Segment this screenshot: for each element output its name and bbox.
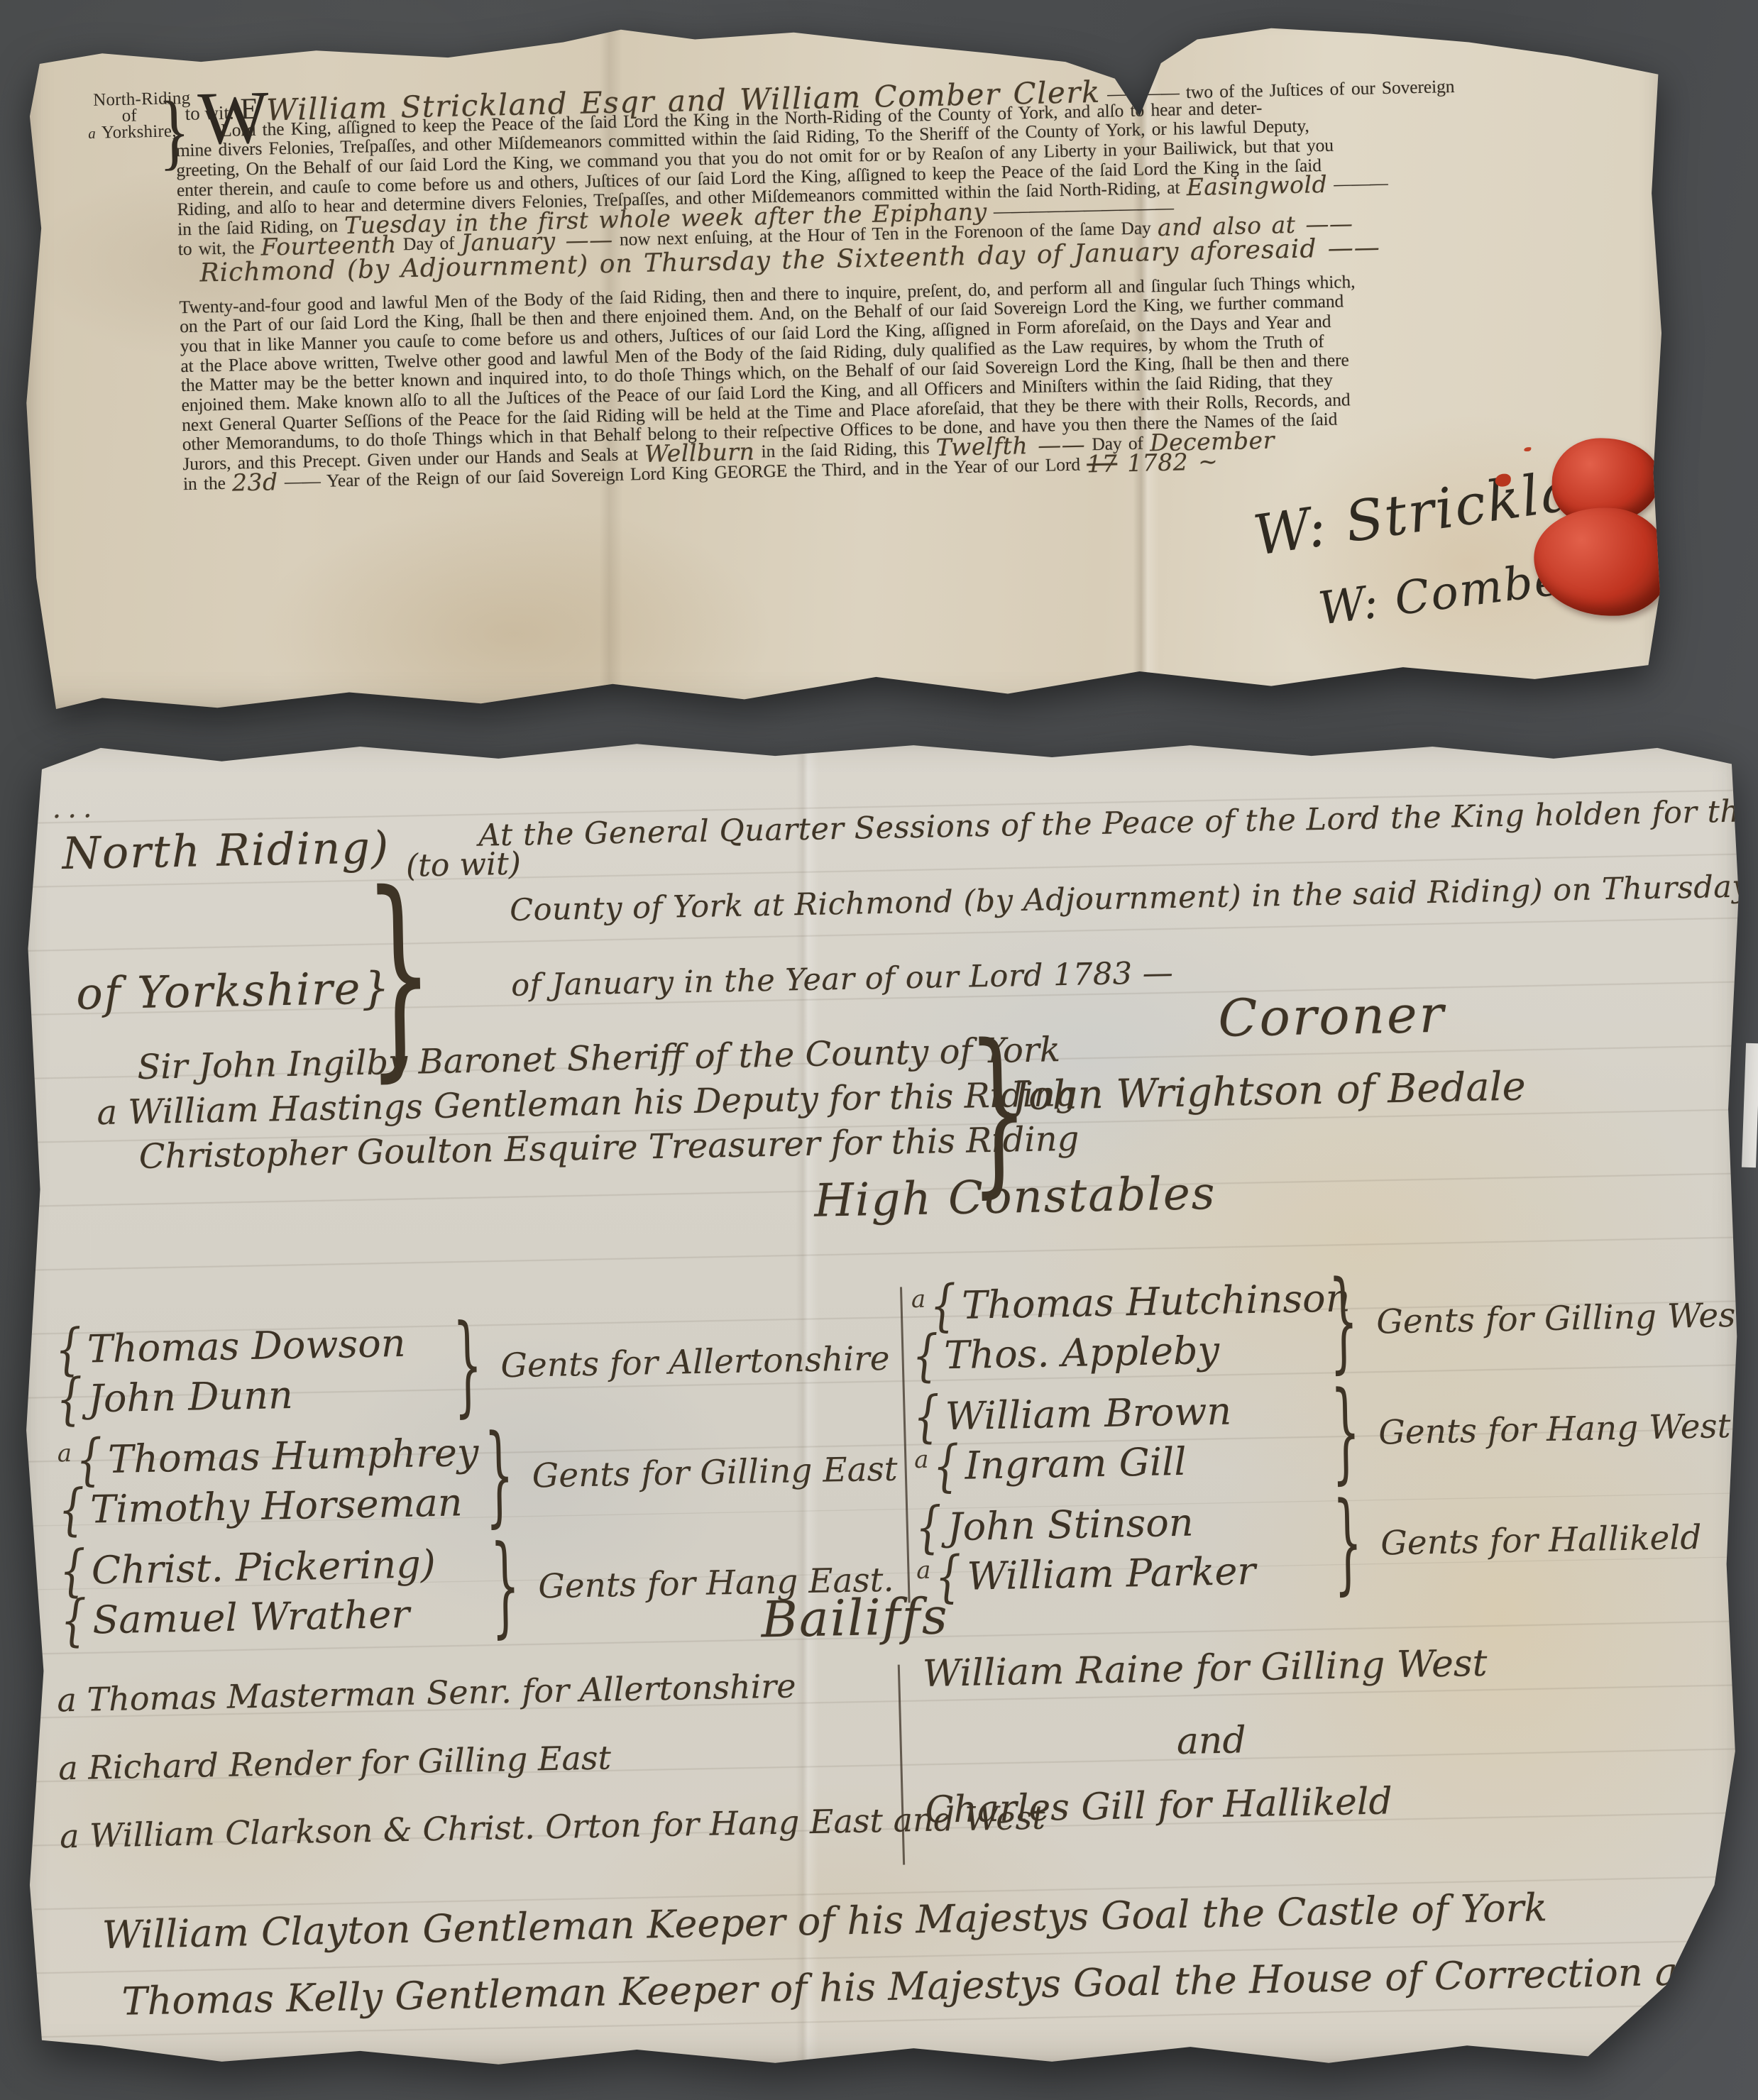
constable-name-row: {Timothy Horseman: [58, 1477, 480, 1534]
open-brace-icon: {: [933, 1433, 960, 1498]
constable-names: {Christ. Pickering){Samuel Wrather: [59, 1538, 486, 1645]
constable-group: {John Stinsona{William Parker}Gents for …: [915, 1486, 1758, 1602]
division-label: Gents for Hallikeld: [1380, 1517, 1702, 1563]
constable-name-row: {Thomas Dowson: [55, 1317, 447, 1375]
person-name: William Parker: [967, 1548, 1256, 1598]
division-label: Gents for Gilling West: [1376, 1295, 1749, 1341]
annotation-a: a: [911, 1285, 925, 1314]
person-name: William Brown: [945, 1388, 1231, 1439]
column-rule: [900, 1287, 911, 1603]
person-name: John Dunn: [88, 1372, 294, 1421]
sessions-parchment: ... North Riding) of Yorkshire} } (to wi…: [14, 735, 1744, 2072]
open-brace-icon: {: [57, 1477, 85, 1542]
bailiffs-right-column: William Raine for Gilling WestandCharles…: [922, 1642, 1490, 1846]
sessions-content: ... North Riding) of Yorkshire} } (to wi…: [11, 703, 1758, 2074]
wax-seal: [1530, 437, 1678, 620]
constable-name-row: {William Brown: [913, 1384, 1325, 1441]
person-name: Thos. Appleby: [944, 1327, 1220, 1377]
constable-names: a{Thomas Humphrey{Timothy Horseman: [57, 1427, 480, 1534]
precept-content: North-Riding of aYorkshire, } to wit. W …: [17, 0, 1679, 720]
county-label-line: of Yorkshire}: [76, 962, 392, 1019]
bailiffs-left-column: a Thomas Masterman Senr. for Allertonshi…: [57, 1662, 1046, 1886]
closing-brace-icon: }: [1328, 1259, 1359, 1385]
annotation-a: a: [914, 1446, 929, 1474]
person-name: Thomas Dowson: [87, 1320, 406, 1371]
bailiff-line: William Raine for Gilling West: [922, 1642, 1488, 1710]
precept-text-block: EWilliam Strickland Esqr and William Com…: [175, 70, 1665, 494]
sessions-document: ... North Riding) of Yorkshire} } (to wi…: [14, 735, 1744, 2072]
annotation-a: a: [916, 1556, 931, 1585]
handwritten-text: Easingwold: [1186, 170, 1327, 201]
printed-text: Day of: [396, 232, 461, 254]
photograph-of-documents: North-Riding of aYorkshire, } to wit. W …: [0, 0, 1758, 2100]
constable-group: a{Thomas Humphrey{Timothy Horseman}Gents…: [57, 1419, 892, 1535]
person-name: John Stinson: [947, 1500, 1194, 1549]
printed-text: ———: [1327, 172, 1388, 194]
bailiff-line: Charles Gill for Hallikeld: [925, 1779, 1490, 1846]
person-name: Thomas Humphrey: [108, 1429, 479, 1481]
closing-brace-icon: }: [1332, 1480, 1363, 1607]
constable-name-row: {John Dunn: [56, 1367, 449, 1424]
constable-names: {William Browna{Ingram Gill: [913, 1384, 1326, 1491]
constable-name-row: {John Stinson: [915, 1495, 1327, 1552]
handwritten-text: 1782 ~: [1117, 447, 1219, 477]
corner-marks: ...: [52, 791, 99, 825]
person-name: Samuel Wrather: [92, 1591, 410, 1642]
constable-names: a{Thomas Hutchinson{Thos. Appleby: [911, 1273, 1324, 1380]
open-brace-icon: {: [60, 1588, 87, 1653]
person-name: Timothy Horseman: [90, 1480, 463, 1532]
open-brace-icon: {: [912, 1323, 940, 1388]
constable-group: a{Thomas Hutchinson{Thos. Appleby}Gents …: [911, 1265, 1758, 1380]
handwritten-text: 17: [1087, 449, 1118, 478]
constable-name-row: {Thos. Appleby: [912, 1323, 1324, 1380]
printed-text: to wit, the: [177, 236, 260, 259]
officials-list: Sir John Ingilby Baronet Sheriff of the …: [137, 1030, 1079, 1182]
handwritten-text: 23d: [232, 468, 278, 496]
coroner-title: Coroner: [1218, 984, 1446, 1048]
open-brace-icon: {: [55, 1366, 83, 1431]
division-label: Gents for Gilling East: [532, 1449, 898, 1495]
person-name: Thomas Hutchinson: [962, 1275, 1351, 1327]
bailiffs-title: Bailiffs: [761, 1587, 950, 1649]
closing-brace-icon: }: [490, 1524, 521, 1650]
person-name: Christ. Pickering): [91, 1541, 436, 1593]
closing-brace-icon: }: [452, 1303, 483, 1429]
coroner-name: John Wrightson of Bedale: [1012, 1064, 1527, 1120]
constable-name-row: a{Thomas Hutchinson: [911, 1273, 1323, 1331]
bailiff-line: and: [1176, 1715, 1489, 1777]
session-heading: At the General Quarter Sessions of the P…: [478, 788, 1758, 1044]
high-constables-title: High Constables: [813, 1167, 1216, 1228]
division-label: Gents for Allertonshire: [500, 1338, 890, 1385]
constable-names: {Thomas Dowson{John Dunn: [55, 1317, 449, 1424]
division-label: Gents for Hang West: [1378, 1407, 1731, 1453]
constable-group: {Thomas Dowson{John Dunn}Gents for Aller…: [55, 1309, 890, 1424]
gaol-keepers: William Clayton Gentleman Keeper of his …: [101, 1877, 1758, 2046]
precept-document: North-Riding of aYorkshire, } to wit. W …: [20, 18, 1666, 718]
constable-name-row: {Christ. Pickering): [59, 1538, 485, 1595]
precept-parchment: North-Riding of aYorkshire, } to wit. W …: [20, 18, 1666, 718]
printed-text: in the: [183, 472, 233, 493]
constable-name-row: a{Thomas Humphrey: [57, 1427, 479, 1485]
county-label-line: North Riding): [62, 821, 390, 879]
constable-names: {John Stinsona{William Parker: [915, 1495, 1329, 1602]
closing-brace-icon: }: [1330, 1370, 1361, 1496]
constable-name-row: {Samuel Wrather: [60, 1588, 486, 1645]
annotation-a: a: [88, 125, 96, 142]
paper-edge: [1742, 1043, 1758, 1168]
closing-brace-icon: }: [483, 1413, 515, 1539]
constable-name-row: a{William Parker: [916, 1544, 1329, 1602]
annotation-a: a: [57, 1439, 72, 1468]
person-name: Ingram Gill: [965, 1439, 1187, 1488]
constable-name-row: a{Ingram Gill: [914, 1434, 1326, 1491]
high-constables-right-column: a{Thomas Hutchinson{Thos. Appleby}Gents …: [911, 1265, 1758, 1613]
constable-group: {William Browna{Ingram Gill}Gents for Ha…: [913, 1375, 1758, 1491]
